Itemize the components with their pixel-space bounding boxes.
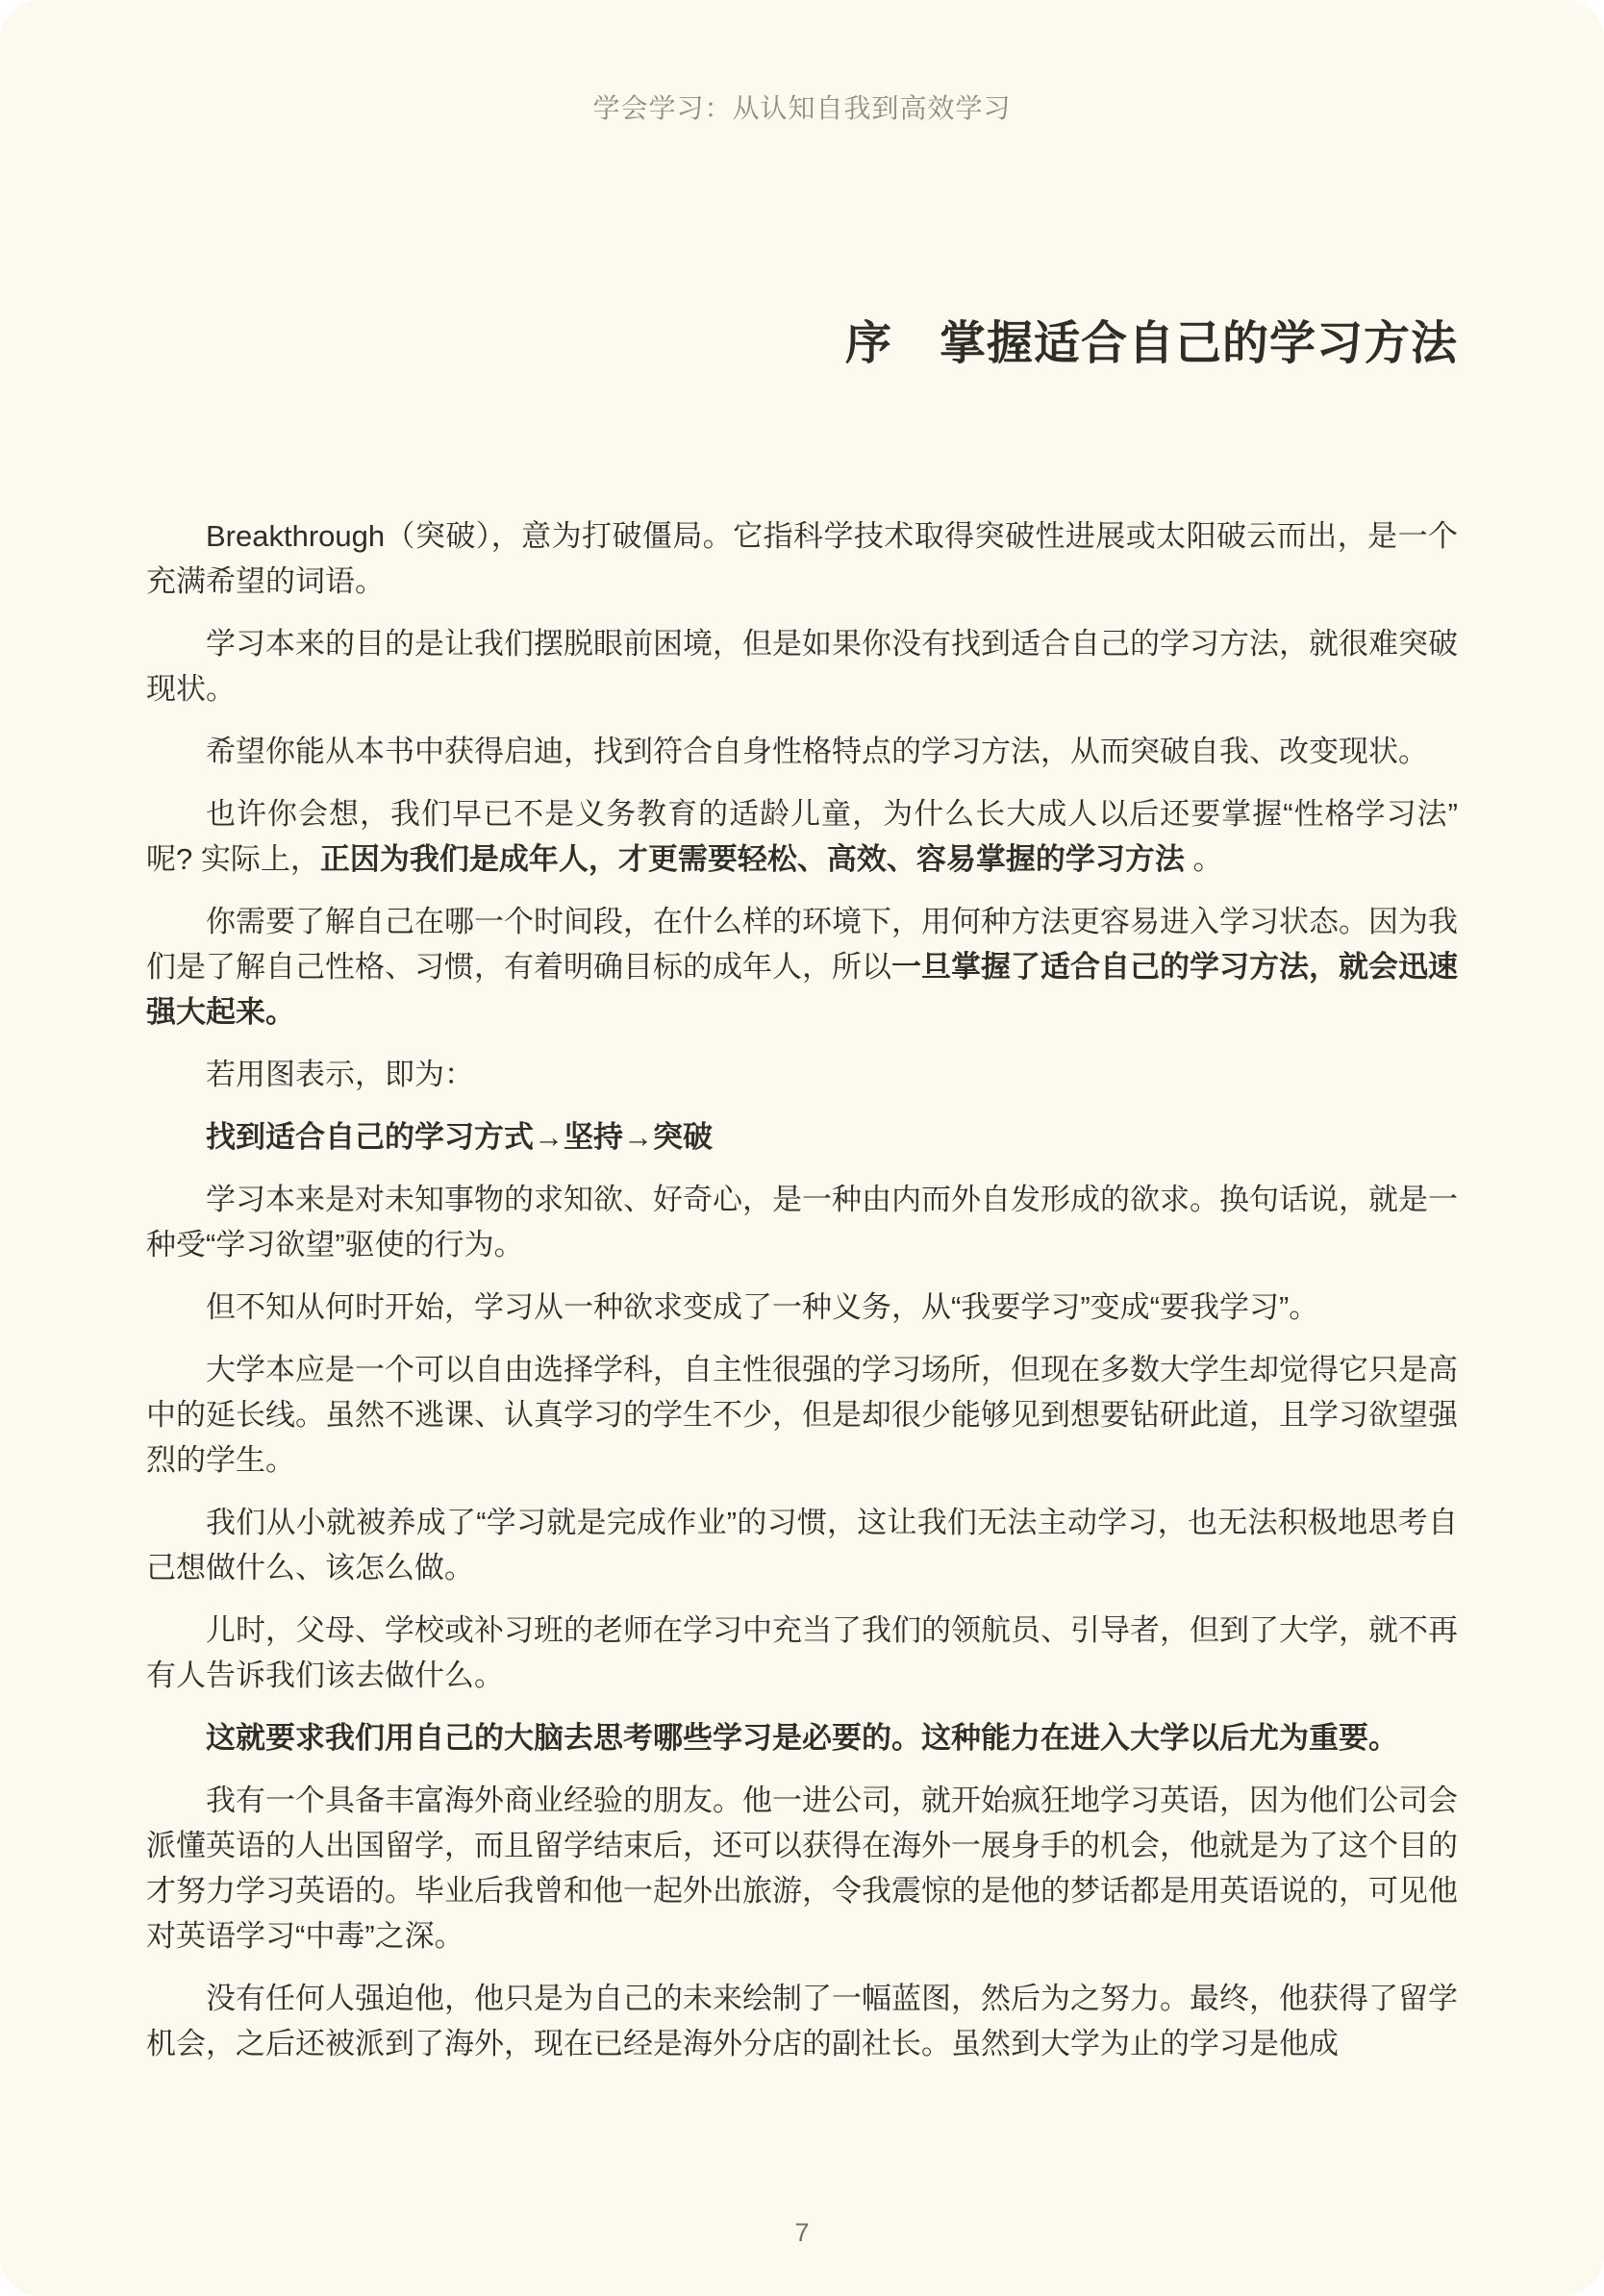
paragraph-text: 学习本来的目的是让我们摆脱眼前困境，但是如果你没有找到适合自己的学习方法，就很难… [146, 627, 1458, 706]
paragraph: 学习本来的目的是让我们摆脱眼前困境，但是如果你没有找到适合自己的学习方法，就很难… [146, 621, 1458, 711]
reader-page[interactable]: 学会学习：从认知自我到高效学习 序 掌握适合自己的学习方法 Breakthrou… [0, 0, 1604, 2296]
paragraph: 学习本来是对未知事物的求知欲、好奇心，是一种由内而外自发形成的欲求。换句话说，就… [146, 1177, 1458, 1267]
book-title: 学会学习：从认知自我到高效学习 [592, 93, 1011, 123]
paragraph: 找到适合自己的学习方式→坚持→突破 [146, 1114, 1458, 1160]
paragraph-text: 希望你能从本书中获得启迪，找到符合自身性格特点的学习方法，从而突破自我、改变现状… [206, 735, 1428, 768]
paragraph: 我有一个具备丰富海外商业经验的朋友。他一进公司，就开始疯狂地学习英语，因为他们公… [146, 1778, 1458, 1959]
paragraph: 希望你能从本书中获得启迪，找到符合自身性格特点的学习方法，从而突破自我、改变现状… [146, 729, 1458, 774]
paragraph-text: 我有一个具备丰富海外商业经验的朋友。他一进公司，就开始疯狂地学习英语，因为他们公… [146, 1784, 1458, 1953]
paragraph: 儿时，父母、学校或补习班的老师在学习中充当了我们的领航员、引导者，但到了大学，就… [146, 1608, 1458, 1698]
page-number: 7 [794, 2218, 809, 2247]
paragraph-text: 没有任何人强迫他，他只是为自己的未来绘制了一幅蓝图，然后为之努力。最终，他获得了… [146, 1982, 1458, 2060]
paragraph: 没有任何人强迫他，他只是为自己的未来绘制了一幅蓝图，然后为之努力。最终，他获得了… [146, 1976, 1458, 2066]
paragraph-text-bold: 正因为我们是成年人，才更需要轻松、高效、容易掌握的学习方法 [320, 842, 1185, 876]
running-head: 学会学习：从认知自我到高效学习 [0, 0, 1604, 125]
paragraph: Breakthrough（突破），意为打破僵局。它指科学技术取得突破性进展或太阳… [146, 513, 1458, 604]
paragraph-text: 我们从小就被养成了“学习就是完成作业”的习惯，这让我们无法主动学习，也无法积极地… [146, 1506, 1458, 1585]
paragraph-text: 儿时，父母、学校或补习班的老师在学习中充当了我们的领航员、引导者，但到了大学，就… [146, 1613, 1458, 1692]
paragraph: 我们从小就被养成了“学习就是完成作业”的习惯，这让我们无法主动学习，也无法积极地… [146, 1500, 1458, 1590]
paragraph: 大学本应是一个可以自由选择学科，自主性很强的学习场所，但现在多数大学生却觉得它只… [146, 1347, 1458, 1483]
paragraph: 也许你会想，我们早已不是义务教育的适龄儿童，为什么长大成人以后还要掌握“性格学习… [146, 791, 1458, 882]
paragraph-text-bold: 找到适合自己的学习方式→坚持→突破 [206, 1120, 713, 1154]
paragraph-text: 若用图表示，即为： [206, 1058, 474, 1091]
chapter-title: 序 掌握适合自己的学习方法 [146, 317, 1458, 371]
page-footer: 7 [0, 2218, 1604, 2248]
paragraph-text: 大学本应是一个可以自由选择学科，自主性很强的学习场所，但现在多数大学生却觉得它只… [146, 1353, 1458, 1477]
chapter-body: Breakthrough（突破），意为打破僵局。它指科学技术取得突破性进展或太阳… [146, 513, 1458, 2066]
paragraph: 这就要求我们用自己的大脑去思考哪些学习是必要的。这种能力在进入大学以后尤为重要。 [146, 1715, 1458, 1760]
paragraph-text: 。 [1185, 842, 1223, 876]
paragraph-text: 但不知从何时开始，学习从一种欲求变成了一种义务，从“我要学习”变成“要我学习”。 [206, 1290, 1318, 1324]
paragraph: 你需要了解自己在哪一个时间段，在什么样的环境下，用何种方法更容易进入学习状态。因… [146, 899, 1458, 1035]
paragraph: 若用图表示，即为： [146, 1052, 1458, 1097]
paragraph: 但不知从何时开始，学习从一种欲求变成了一种义务，从“我要学习”变成“要我学习”。 [146, 1285, 1458, 1330]
paragraph-text: 学习本来是对未知事物的求知欲、好奇心，是一种由内而外自发形成的欲求。换句话说，就… [146, 1183, 1458, 1261]
paragraph-text-bold: 这就要求我们用自己的大脑去思考哪些学习是必要的。这种能力在进入大学以后尤为重要。 [206, 1721, 1398, 1755]
paragraph-text: Breakthrough（突破），意为打破僵局。它指科学技术取得突破性进展或太阳… [146, 519, 1458, 598]
